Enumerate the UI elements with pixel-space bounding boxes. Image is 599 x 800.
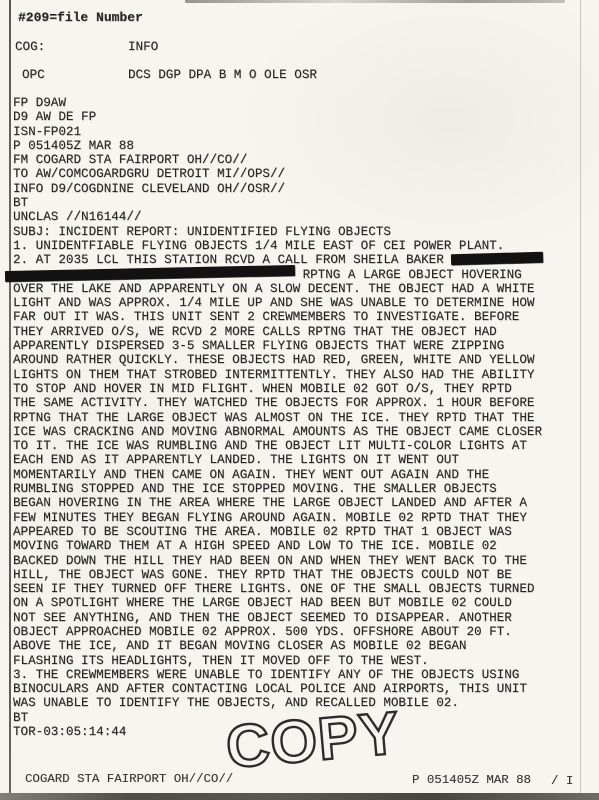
document-line: BT [13,196,543,210]
document-line: UNCLAS //N16144// [13,210,543,224]
document-line: SEEN IF THEY TURNED OFF THERE LIGHTS. ON… [13,582,543,596]
document-line: OBJECT APPROACHED MOBILE 02 APPROX. 500 … [13,625,543,639]
opc-label: OPC [22,68,45,82]
document-line: FLASHING ITS HEADLIGHTS, THEN IT MOVED O… [13,654,543,668]
document-line: APPARENTLY DISPERSED 3-5 SMALLER FLYING … [13,339,543,353]
document-line: FP D9AW [13,96,543,110]
document-line: BEGAN HOVERING IN THE AREA WHERE THE LAR… [13,496,543,510]
document-line: ON A SPOTLIGHT WHERE THE LARGE OBJECT HA… [13,596,543,610]
document-line: APPEARED TO BE SCOUTING THE AREA. MOBILE… [13,525,543,539]
copy-stamp: COPY [221,692,412,788]
document-line: 1. UNIDENTFIABLE FLYING OBJECTS 1/4 MILE… [13,239,543,253]
document-line: RPTNG THAT THE LARGE OBJECT WAS ALMOST O… [13,411,543,425]
message-body: FP D9AWD9 AW DE FPISN-FP021P 051405Z MAR… [13,96,543,739]
footer-dtg: P 051405Z MAR 88 [412,773,531,787]
document-line: ISN-FP021 [13,125,543,139]
document-line: BINOCULARS AND AFTER CONTACTING LOCAL PO… [13,682,543,696]
document-line: MOMENTARILY AND THEN CAME ON AGAIN. THEY… [13,468,543,482]
scan-left-edge-line [9,0,11,800]
cog-value: INFO [128,40,158,54]
document-line: AROUND RATHER QUICKLY. THESE OBJECTS HAD… [13,353,543,367]
document-line: THEY ARRIVED O/S, WE RCVD 2 MORE CALLS R… [13,325,543,339]
document-line: INFO D9/COGDNINE CLEVELAND OH//OSR// [13,182,543,196]
document-line: SUBJ: INCIDENT REPORT: UNIDENTIFIED FLYI… [13,225,543,239]
cog-label: COG: [15,40,45,54]
document-line: HILL, THE OBJECT WAS GONE. THEY RPTD THA… [13,568,543,582]
scan-right-edge-line [580,0,581,800]
document-line: TO IT. THE ICE WAS RUMBLING AND THE OBJE… [13,439,543,453]
file-number-label: #209=file Number [18,10,143,25]
document-line: THE SAME ACTIVITY. THEY WATCHED THE OBJE… [13,396,543,410]
document-line: P 051405Z MAR 88 [13,139,543,153]
copy-stamp-text: COPY [223,699,402,781]
footer-station: COGARD STA FAIRPORT OH//CO// [25,772,233,786]
document-line: OVER THE LAKE AND APPARENTLY ON A SLOW D… [13,282,543,296]
document-line: FM COGARD STA FAIRPORT OH//CO// [13,153,543,167]
document-line: FAR OUT IT WAS. THIS UNIT SENT 2 CREWMEM… [13,310,543,324]
document-line: TO AW/COMCOGARDGRU DETROIT MI//OPS// [13,167,543,181]
document-line: ICE WAS CRACKING AND MOVING ABNORMAL AMO… [13,425,543,439]
document-line: LIGHT AND WAS APPROX. 1/4 MILE UP AND SH… [13,296,543,310]
document-line: MOVING TOWARD THEM AT A HIGH SPEED AND L… [13,539,543,553]
redaction-bar [451,252,543,266]
scan-top-edge [185,0,565,3]
document-line: TO STOP AND HOVER IN MID FLIGHT. WHEN MO… [13,382,543,396]
document-line: 3. THE CREWMEMBERS WERE UNABLE TO IDENTI… [13,668,543,682]
document-line: RUMBLING STOPPED AND THE ICE STOPPED MOV… [13,482,543,496]
document-line: FEW MINUTES THEY BEGAN FLYING AROUND AGA… [13,511,543,525]
document-line: EACH END AS IT APPARENTLY LANDED. THE LI… [13,453,543,467]
scan-bottom-edge-band [0,793,599,800]
document-line: LIGHTS ON THEM THAT STROBED INTERMITTENT… [13,368,543,382]
document-line: D9 AW DE FP [13,110,543,124]
document-line: ABOVE THE ICE, AND IT BEGAN MOVING CLOSE… [13,639,543,653]
document-line: NOT SEE ANYTHING, AND THEN THE OBJECT SE… [13,611,543,625]
document-line: BACKED DOWN THE HILL THEY HAD BEEN ON AN… [13,554,543,568]
redaction-bar [5,265,295,282]
opc-value: DCS DGP DPA B M O OLE OSR [128,68,317,82]
footer-page-mark: / I [551,774,573,788]
document-line: RPTNG A LARGE OBJECT HOVERING [13,268,543,282]
